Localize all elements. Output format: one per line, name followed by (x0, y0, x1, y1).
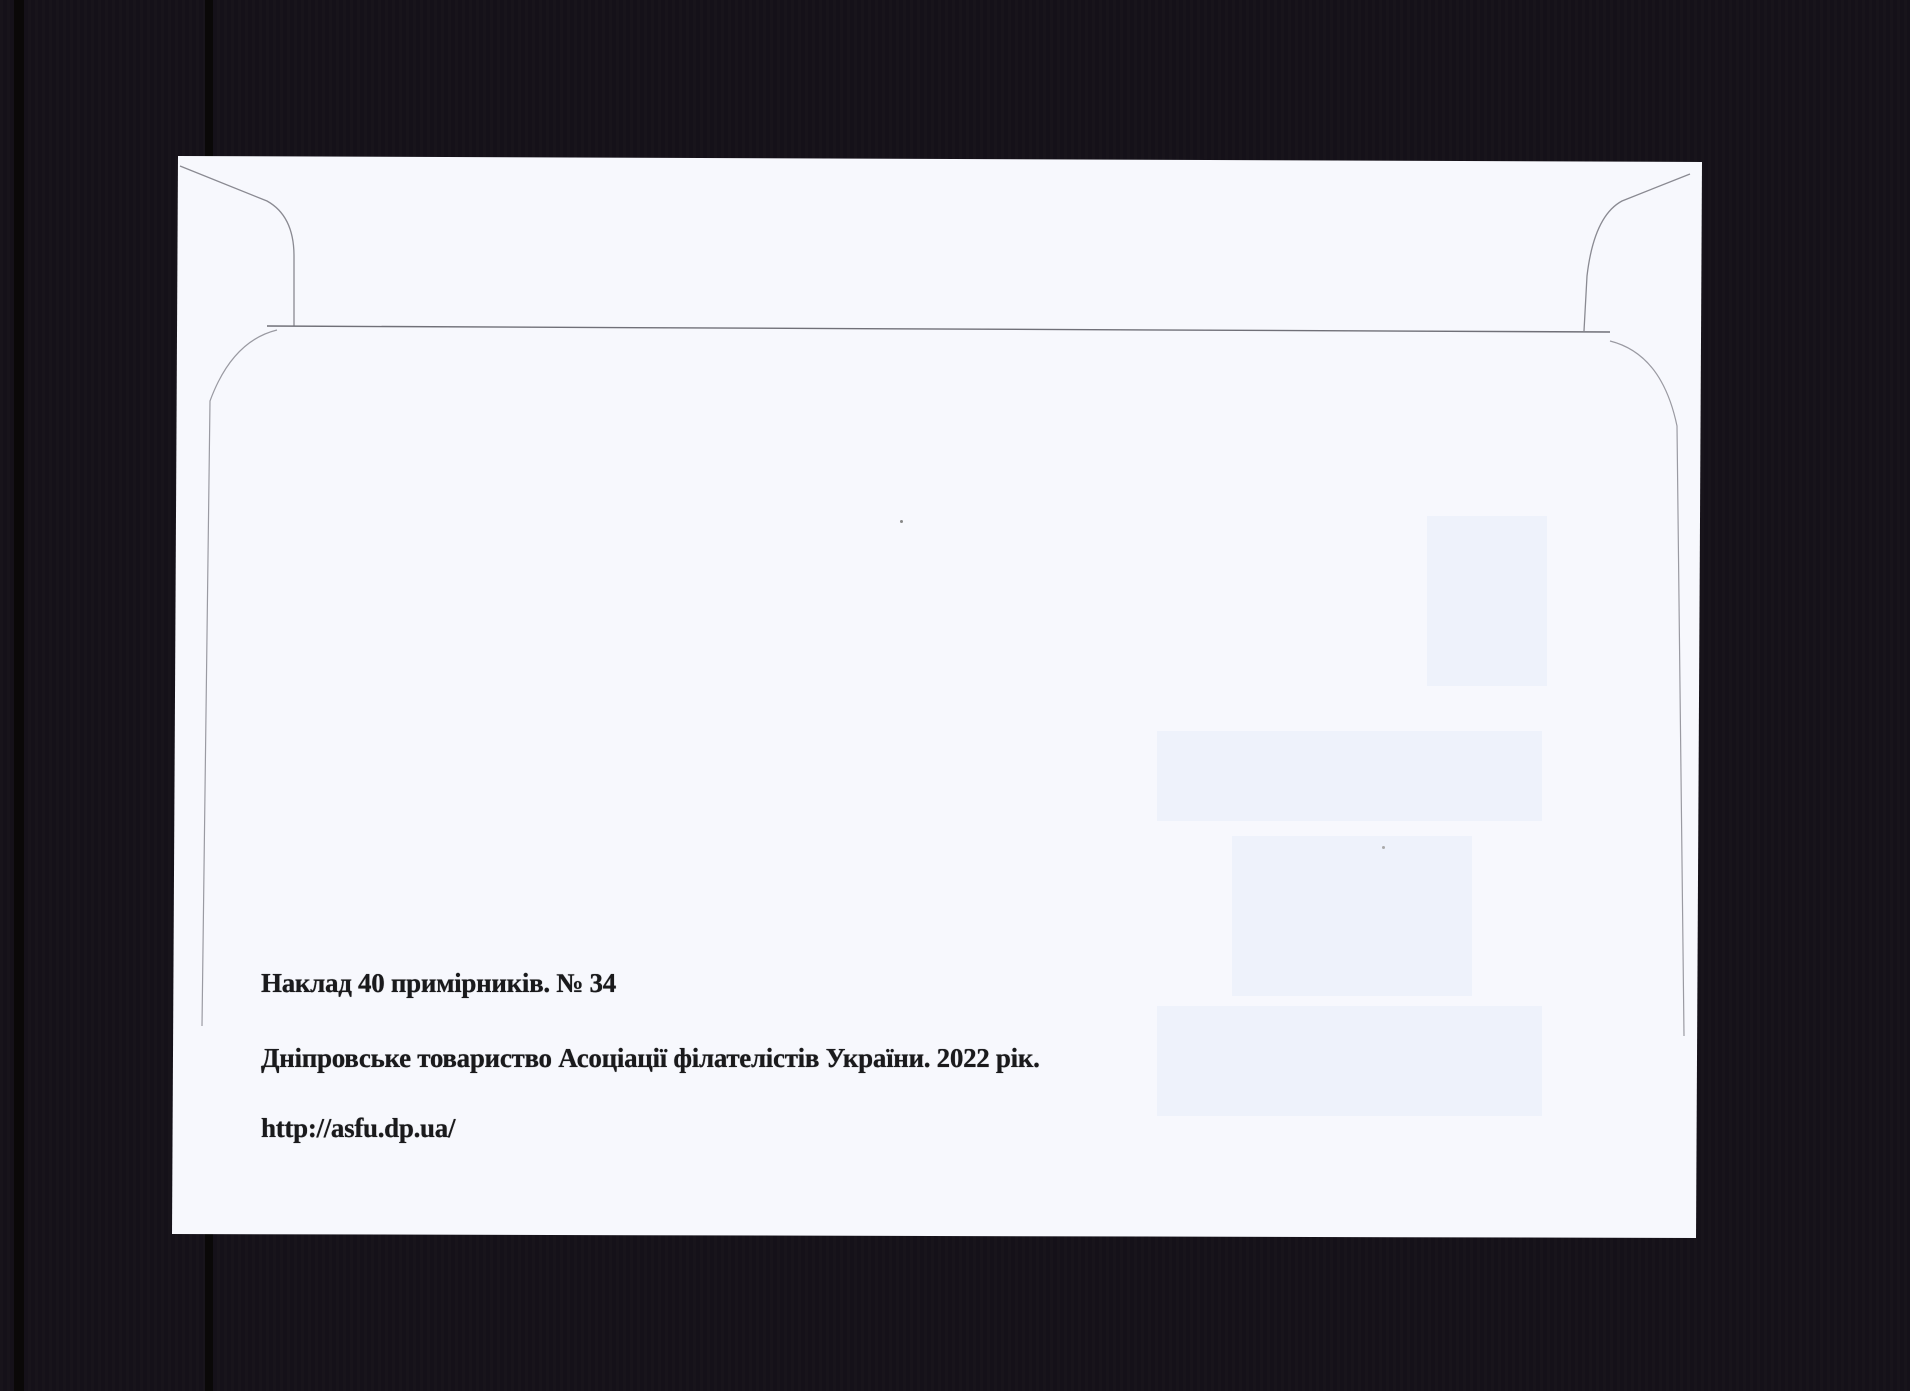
envelope-flap-lines (172, 156, 1702, 1239)
background-edge-strip (14, 0, 24, 1391)
paper-speck (1382, 846, 1385, 849)
envelope-back: Наклад 40 примірників. № 34 Дніпровське … (172, 156, 1702, 1239)
print-run-text: Наклад 40 примірників. № 34 (261, 968, 616, 999)
paper-speck (900, 520, 903, 523)
society-text: Дніпровське товариство Асоціації філател… (261, 1043, 1040, 1074)
website-url-text: http://asfu.dp.ua/ (261, 1113, 455, 1144)
